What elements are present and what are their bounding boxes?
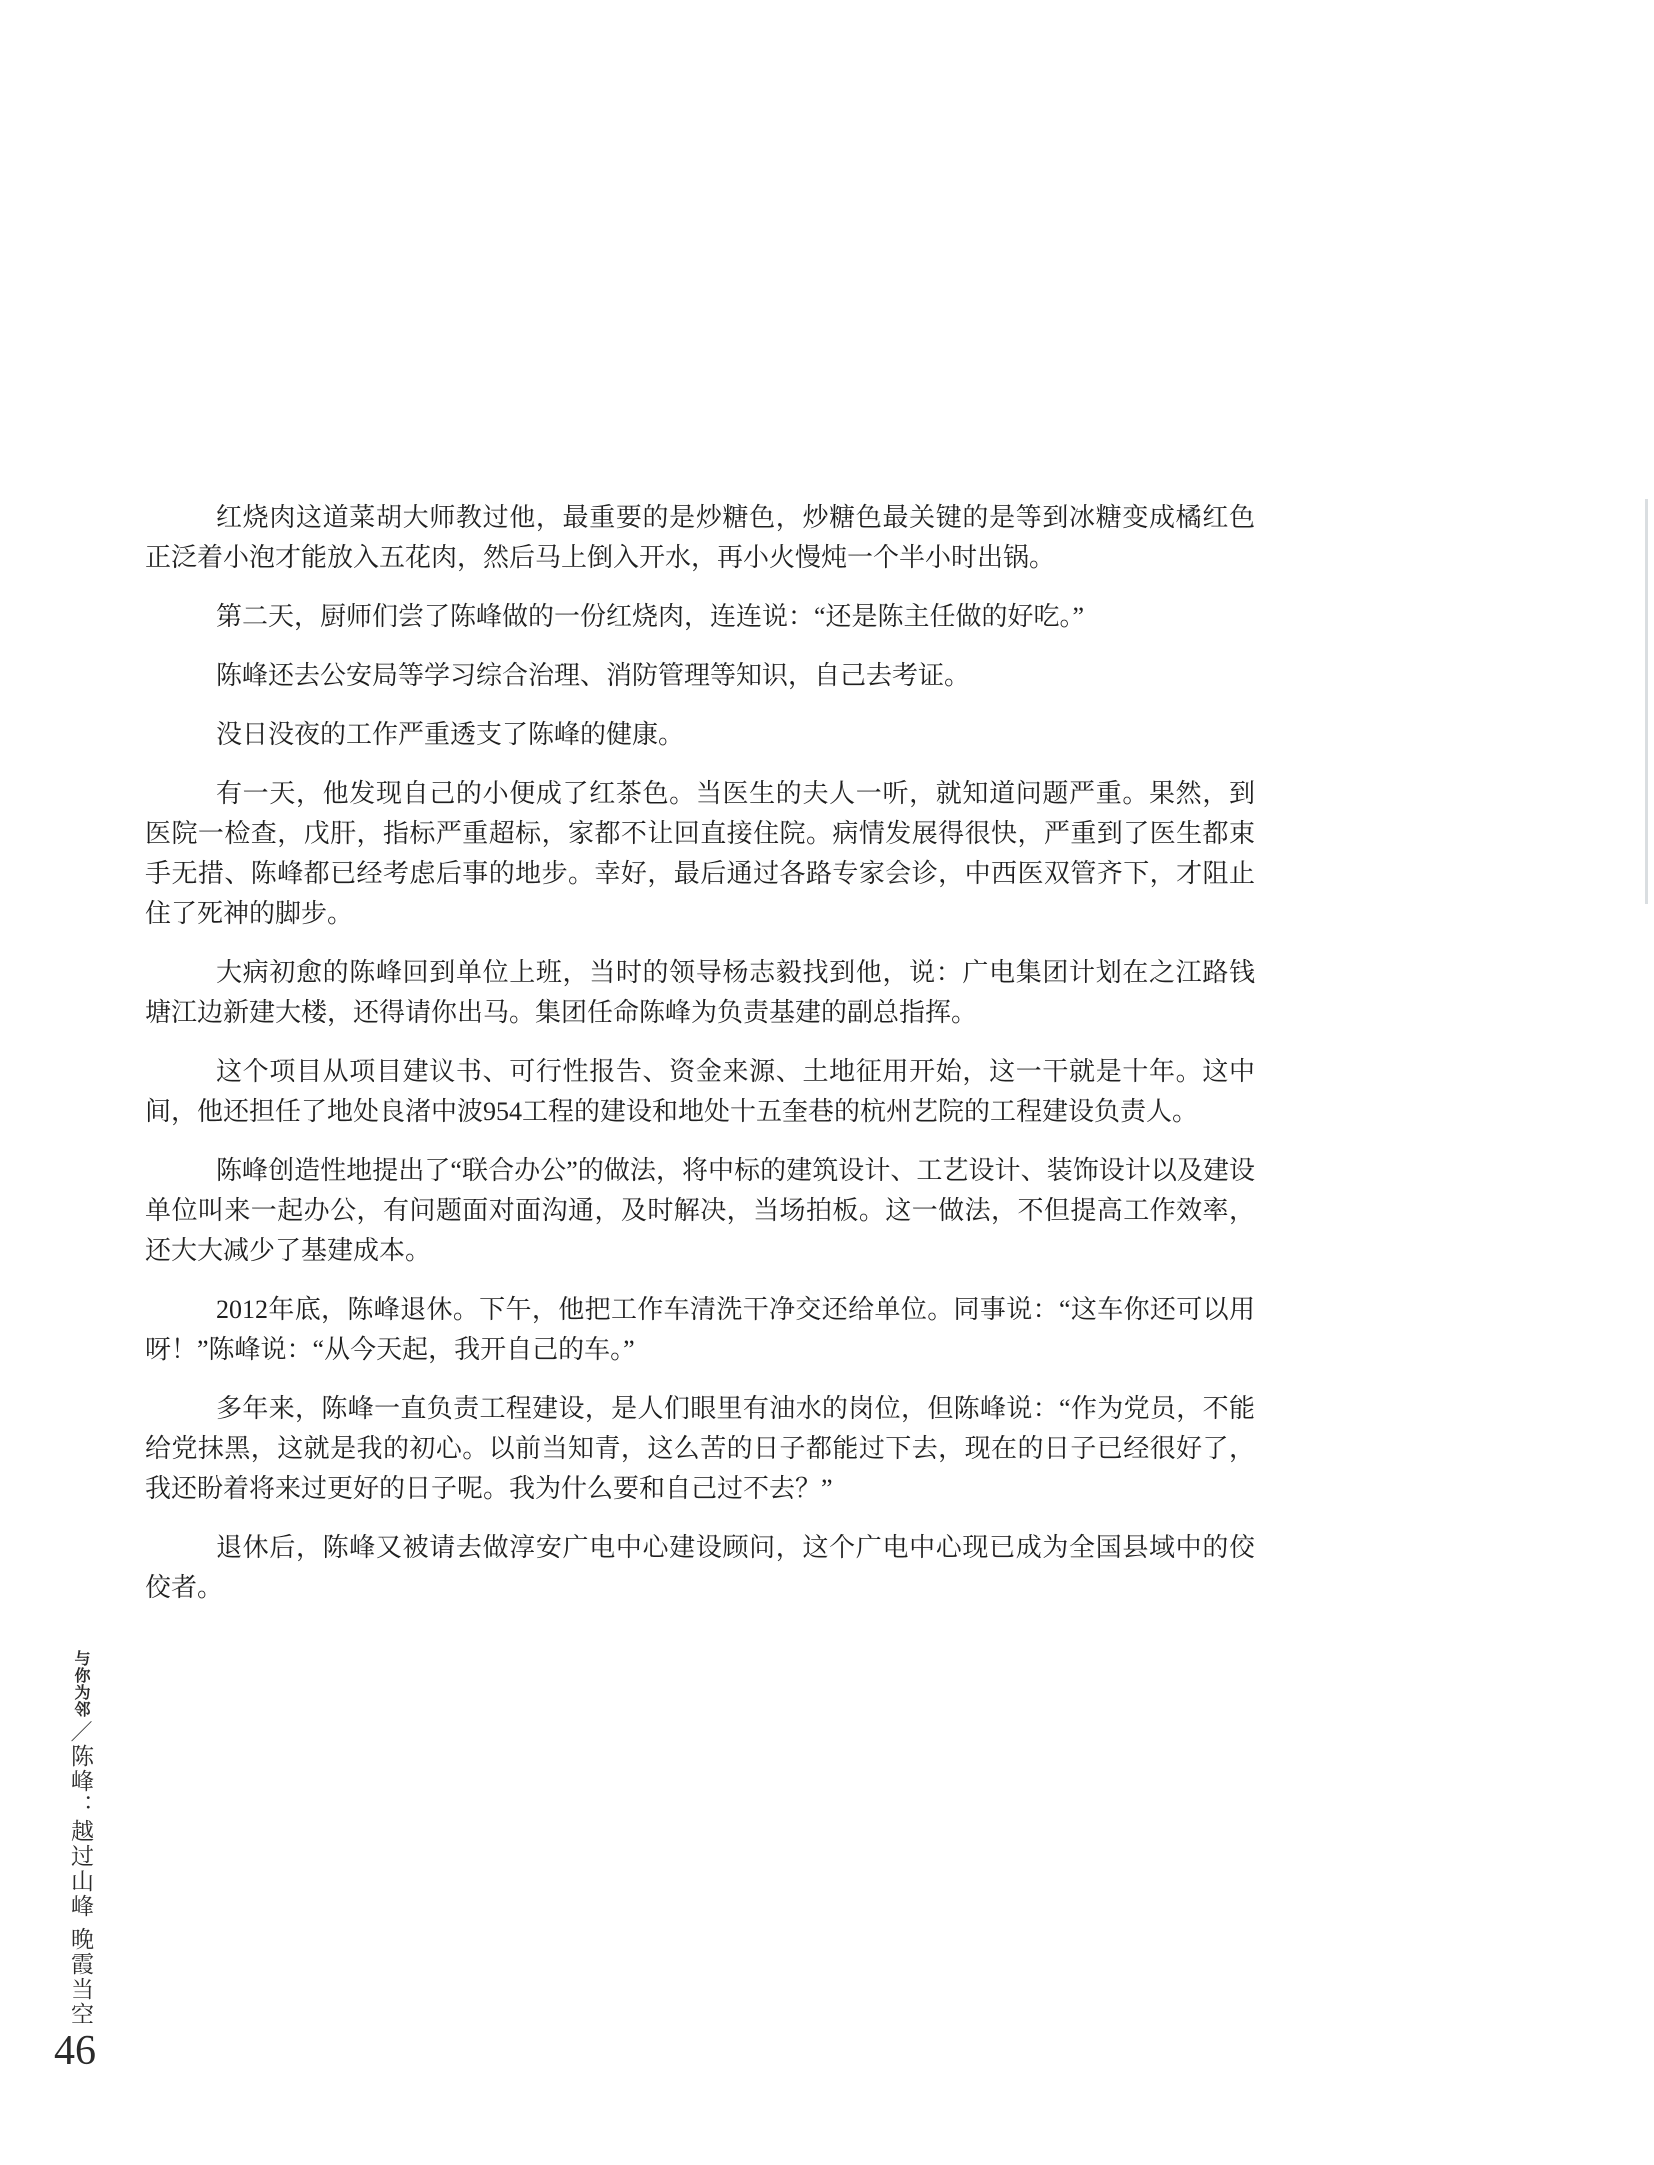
body-paragraph: 红烧肉这道菜胡大师教过他，最重要的是炒糖色，炒糖色最关键的是等到冰糖变成橘红色正… [145,498,1255,578]
title-separator-slash: ／ [68,1720,93,1742]
article-body: 红烧肉这道菜胡大师教过他，最重要的是炒糖色，炒糖色最关键的是等到冰糖变成橘红色正… [145,498,1255,1627]
body-paragraph: 陈峰创造性地提出了“联合办公”的做法，将中标的建筑设计、工艺设计、装饰设计以及建… [145,1151,1255,1271]
column-label: 与你为邻 [72,1650,89,1718]
body-paragraph: 这个项目从项目建议书、可行性报告、资金来源、土地征用开始，这一干就是十年。这中间… [145,1052,1255,1132]
body-paragraph: 没日没夜的工作严重透支了陈峰的健康。 [145,715,1255,755]
body-paragraph: 多年来，陈峰一直负责工程建设，是人们眼里有油水的岗位，但陈峰说：“作为党员，不能… [145,1389,1255,1509]
page-edge-line [1645,499,1648,904]
body-paragraph: 第二天，厨师们尝了陈峰做的一份红烧肉，连连说：“还是陈主任做的好吃。” [145,597,1255,637]
page-number: 46 [54,2030,96,2072]
body-paragraph: 陈峰还去公安局等学习综合治理、消防管理等知识，自己去考证。 [145,656,1255,696]
body-paragraph: 退休后，陈峰又被请去做淳安广电中心建设顾问，这个广电中心现已成为全国县域中的佼佼… [145,1528,1255,1608]
document-page: 红烧肉这道菜胡大师教过他，最重要的是炒糖色，炒糖色最关键的是等到冰糖变成橘红色正… [0,0,1654,2165]
sidebar-vertical-title: 与你为邻／陈峰：越过山峰 晚霞当空 [64,1650,97,2070]
body-paragraph: 2012年底，陈峰退休。下午，他把工作车清洗干净交还给单位。同事说：“这车你还可… [145,1290,1255,1370]
article-title: 陈峰：越过山峰 晚霞当空 [68,1744,93,2027]
body-paragraph: 有一天，他发现自己的小便成了红茶色。当医生的夫人一听，就知道问题严重。果然，到医… [145,774,1255,934]
body-paragraph: 大病初愈的陈峰回到单位上班，当时的领导杨志毅找到他，说：广电集团计划在之江路钱塘… [145,953,1255,1033]
